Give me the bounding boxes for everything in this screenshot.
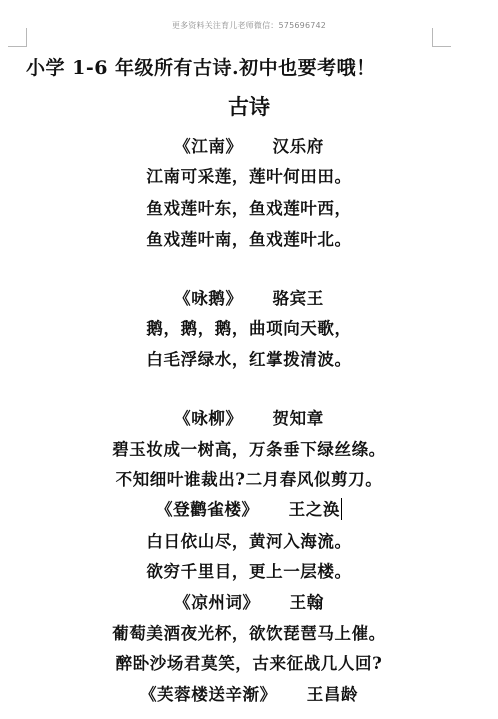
- poem-author: 王昌龄: [307, 685, 358, 704]
- margin-corner-top-right: [432, 28, 451, 47]
- poem-line: 白日依山尽，黄河入海流。: [0, 528, 498, 552]
- poem-line: 葡萄美酒夜光杯，欲饮琵琶马上催。: [0, 620, 498, 644]
- poem-line: 碧玉妆成一树高，万条垂下绿丝绦。: [0, 436, 498, 460]
- poem-title: 《江南》: [174, 137, 242, 156]
- poem-heading: 《芙蓉楼送辛渐》王昌龄: [0, 681, 498, 705]
- poem-line: 鱼戏莲叶南，鱼戏莲叶北。: [0, 226, 498, 250]
- poem-heading: 《凉州词》王翰: [0, 589, 498, 613]
- poem-heading: 《登鹳雀楼》王之涣: [0, 496, 498, 520]
- margin-corner-top-left: [8, 28, 27, 47]
- poem-line: 欲穷千里目，更上一层楼。: [0, 558, 498, 582]
- poem-title: 《咏柳》: [174, 409, 242, 428]
- poem-line: 不知细叶谁裁出?二月春风似剪刀。: [0, 466, 498, 490]
- poem-author: 贺知章: [273, 409, 324, 428]
- poem-line: 江南可采莲，莲叶何田田。: [0, 163, 498, 187]
- text-cursor: [341, 498, 342, 520]
- poem-author: 王之涣: [289, 500, 340, 519]
- poem-title: 《咏鹅》: [174, 289, 242, 308]
- poem-line: 白毛浮绿水，红掌拨清波。: [0, 346, 498, 370]
- document-title: 小学 1-6 年级所有古诗.初中也要考哦！: [26, 53, 376, 80]
- poem-line: 鹅，鹅，鹅，曲项向天歌，: [0, 315, 498, 339]
- poem-line: 鱼戏莲叶东，鱼戏莲叶西，: [0, 195, 498, 219]
- poem-heading: 《江南》汉乐府: [0, 133, 498, 157]
- poem-title: 《芙蓉楼送辛渐》: [140, 685, 277, 704]
- poem-line: 醉卧沙场君莫笑，古来征战几人回?: [0, 650, 498, 674]
- page-header-note: 更多资料关注育儿老师微信：575696742: [0, 20, 498, 31]
- poem-heading: 《咏鹅》骆宾王: [0, 285, 498, 309]
- poem-author: 骆宾王: [273, 289, 324, 308]
- poem-author: 王翰: [290, 593, 324, 612]
- poem-title: 《登鹳雀楼》: [156, 500, 259, 519]
- poem-title: 《凉州词》: [174, 593, 260, 612]
- section-title: 古诗: [0, 91, 498, 121]
- poem-heading: 《咏柳》贺知章: [0, 405, 498, 429]
- poem-author: 汉乐府: [273, 137, 324, 156]
